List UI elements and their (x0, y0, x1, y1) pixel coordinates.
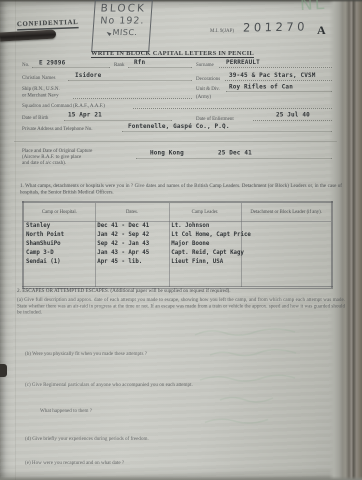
field-line (32, 67, 110, 68)
question-1-text: 1. What camps, detachments or hospitals … (20, 183, 342, 196)
field-line (122, 131, 332, 132)
rank-value: Rfn (134, 59, 145, 66)
green-corner-mark: NL (299, 0, 326, 15)
field-line (219, 67, 332, 68)
questionnaire-page: CONFIDENTIAL BLOCK No 192. ►MISC. M.I. 9… (0, 0, 362, 480)
table-cell (241, 258, 332, 267)
grade-letter: A (317, 24, 326, 38)
table-row: North Point Jan 42 - Sep 42 Lt Col Home,… (23, 231, 332, 240)
table-cell (241, 221, 332, 230)
mi9-reference-number: 201270 (243, 20, 308, 34)
table-cell (241, 231, 332, 240)
table-row: Stanley Dec 41 - Dec 41 Lt. Johnson (23, 221, 332, 230)
unit-div-sublabel: (Army) (196, 94, 211, 100)
block-box-line2: No 192. (94, 15, 151, 26)
capture-label-line2: (Aircrew R.A.F. to give place (22, 154, 81, 160)
table-row: Sendai (1) Apr 45 - lib. Lieut Finn, USA (23, 258, 332, 267)
camps-table-header-row: Camp or Hospital. Dates. Camp Leader. De… (23, 202, 332, 221)
ship-label-line1: Ship (R.N., U.S.N. (22, 86, 60, 92)
page-stack-edge (329, 0, 362, 480)
table-cell: Sendai (1) (23, 258, 95, 267)
col-dates-header: Dates. (95, 202, 169, 221)
table-cell: Lt Col Home, Capt Price (169, 231, 241, 240)
capture-place-value: Hong Kong (150, 149, 184, 156)
escapes-question-e: (e) How were you recaptured and on what … (25, 460, 305, 466)
field-line (133, 108, 332, 109)
enlistment-label: Date of Enlistment (196, 116, 234, 122)
ship-label-line2: or Merchant Navy (22, 93, 59, 99)
enlistment-value: 25 Jul 40 (276, 111, 310, 118)
field-line (68, 80, 192, 81)
table-cell: Lieut Finn, USA (169, 258, 241, 267)
surname-label: Surname (196, 62, 214, 68)
escapes-question-c2: What happened to them ? (40, 408, 240, 414)
table-row: Camp 3-D Jan 43 - Apr 45 Capt. Reid, Cap… (23, 249, 332, 258)
surname-value: PERREAULT (226, 59, 260, 66)
binding-clip (0, 364, 7, 377)
date-of-birth-label: Date of Birth (22, 115, 48, 121)
section-divider (14, 141, 337, 142)
col-leader-header: Camp Leader. (169, 202, 241, 221)
table-cell (241, 240, 332, 249)
col-camp-header: Camp or Hospital. (23, 202, 95, 221)
block-number-box: BLOCK No 192. ►MISC. (91, 0, 153, 52)
capture-label-line3: and date of a/c crash). (22, 160, 66, 166)
table-cell: ShamShuiPo (23, 240, 95, 249)
address-label: Private Address and Telephone No. (22, 126, 93, 132)
table-cell: Stanley (23, 221, 95, 230)
field-line (253, 120, 332, 121)
table-row-empty (23, 267, 332, 288)
form-heading: WRITE IN BLOCK CAPITAL LETTERS IN PENCIL (55, 49, 290, 57)
field-line (128, 67, 192, 68)
scan-scale-wrapper: CONFIDENTIAL BLOCK No 192. ►MISC. M.I. 9… (0, 0, 362, 480)
rank-label: Rank (114, 62, 125, 68)
table-cell: Jan 43 - Apr 45 (95, 249, 169, 258)
decorations-label: Decorations (196, 76, 220, 82)
escapes-question-d: (d) Give briefly your experiences during… (25, 436, 305, 442)
capture-label-line1: Place and Date of Original Capture (22, 148, 92, 154)
field-line (225, 80, 332, 81)
decorations-value: 39-45 & Pac Stars, CVSM (229, 72, 316, 79)
block-box-line3: ►MISC. (93, 28, 150, 38)
squadron-label: Squadron and Command (R.A.F., A.A.F.) (22, 103, 105, 109)
table-cell: Lt. Johnson (169, 221, 241, 230)
mi9-reference-label: M.I. 9(JAP) (210, 28, 234, 34)
date-of-birth-value: 15 Apr 21 (68, 111, 102, 118)
table-cell: Sep 42 - Jan 43 (95, 240, 169, 249)
col-detachment-header: Detachment or Block Leader (if any). (241, 202, 332, 221)
table-row: ShamShuiPo Sep 42 - Jan 43 Major Boone (23, 240, 332, 249)
no-label: No. (22, 62, 29, 68)
no-value: E 29896 (39, 59, 65, 66)
christian-names-value: Isidore (75, 72, 101, 79)
table-cell: Dec 41 - Dec 41 (95, 221, 169, 230)
unit-div-label: Unit & Div. (196, 86, 220, 92)
binding-fastener (0, 30, 56, 42)
table-cell (241, 249, 332, 258)
block-box-misc: MISC. (112, 28, 138, 38)
capture-date-value: 25 Dec 41 (218, 149, 252, 156)
paper-crease (15, 0, 16, 480)
table-cell: Capt. Reid, Capt Kagy (169, 249, 241, 258)
page-bottom-shadow (0, 476, 362, 480)
field-line (136, 158, 332, 159)
table-cell: North Point (23, 231, 95, 240)
table-cell: Apr 45 - lib. (95, 258, 169, 267)
field-line (226, 91, 332, 92)
camps-table: Camp or Hospital. Dates. Camp Leader. De… (22, 201, 333, 289)
table-cell: Camp 3-D (23, 249, 95, 258)
confidential-stamp: CONFIDENTIAL (17, 18, 79, 31)
escapes-section-heading: 2. ESCAPES OR ATTEMPTED ESCAPES. (Additi… (17, 288, 345, 294)
field-line (73, 98, 192, 99)
unit-div-value: Roy Rifles of Can (229, 83, 293, 90)
escapes-question-c: (c) Give Regimental particulars of anyon… (25, 382, 335, 388)
escapes-question-b: (b) Were you physically fit when you mad… (25, 351, 305, 357)
table-cell: Jan 42 - Sep 42 (95, 231, 169, 240)
block-box-line1: BLOCK (95, 2, 152, 14)
escapes-question-a: (a) Give full description and approx. da… (17, 297, 345, 316)
table-cell: Major Boone (169, 240, 241, 249)
field-line (64, 120, 172, 121)
address-value: Fontenelle, Gaspé Co., P.Q. (128, 123, 230, 130)
christian-names-label: Christian Names (22, 75, 55, 81)
